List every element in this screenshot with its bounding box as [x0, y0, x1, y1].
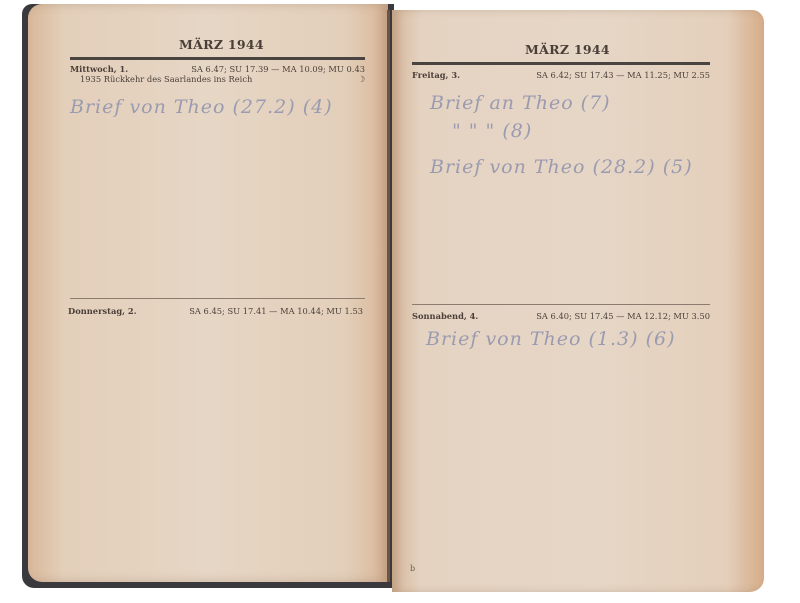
day-label: Donnerstag, 2.: [68, 306, 137, 316]
day-entry-header: Mittwoch, 1. SA 6.47; SU 17.39 — MA 10.0…: [70, 64, 365, 74]
day-entry-header: Freitag, 3. SA 6.42; SU 17.43 — MA 11.25…: [412, 70, 710, 80]
right-page: MÄRZ 1944 Freitag, 3. SA 6.42; SU 17.43 …: [392, 10, 764, 592]
moon-phase-icon: ☽: [358, 74, 365, 84]
month-title: MÄRZ 1944: [525, 42, 610, 57]
day-label: Sonnabend, 4.: [412, 311, 478, 321]
handwritten-note: Brief von Theo (1.3) (6): [426, 328, 676, 350]
left-page: MÄRZ 1944 Mittwoch, 1. SA 6.47; SU 17.39…: [28, 4, 388, 582]
day-entry-header: Donnerstag, 2. SA 6.45; SU 17.41 — MA 10…: [68, 306, 363, 316]
day-divider: [70, 298, 365, 299]
astro-times: SA 6.42; SU 17.43 — MA 11.25; MU 2.55: [536, 70, 710, 80]
handwritten-note: " " " (8): [452, 120, 532, 142]
astro-times: SA 6.45; SU 17.41 — MA 10.44; MU 1.53: [189, 306, 363, 316]
day-label: Mittwoch, 1.: [70, 64, 128, 74]
astro-times: SA 6.40; SU 17.45 — MA 12.12; MU 3.50: [536, 311, 710, 321]
signature-mark: b: [410, 564, 415, 573]
historical-note: 1935 Rückkehr des Saarlandes ins Reich ☽: [80, 74, 365, 84]
note-text: 1935 Rückkehr des Saarlandes ins Reich: [80, 74, 252, 84]
day-label: Freitag, 3.: [412, 70, 460, 80]
handwritten-note: Brief an Theo (7): [430, 92, 611, 114]
month-title: MÄRZ 1944: [179, 37, 264, 52]
header-rule: [412, 62, 710, 65]
header-rule: [70, 57, 365, 60]
handwritten-note: Brief von Theo (27.2) (4): [70, 96, 333, 118]
book-spine: [387, 10, 390, 582]
day-divider: [412, 304, 710, 305]
handwritten-note: Brief von Theo (28.2) (5): [430, 156, 693, 178]
astro-times: SA 6.47; SU 17.39 — MA 10.09; MU 0.43: [191, 64, 365, 74]
day-entry-header: Sonnabend, 4. SA 6.40; SU 17.45 — MA 12.…: [412, 311, 710, 321]
